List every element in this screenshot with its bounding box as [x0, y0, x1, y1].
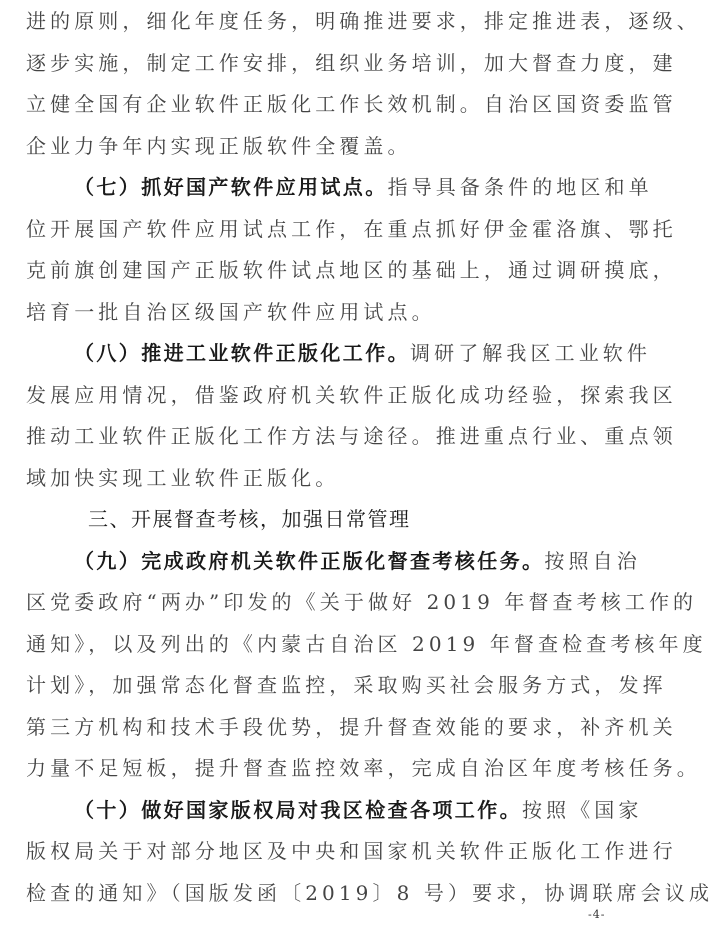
body-line: 计划》，加强常态化督查监控，采取购买社会服务方式，发挥 — [26, 665, 610, 707]
line-text: 按照自治 — [544, 549, 640, 573]
line-text: 企业力争年内实现正版软件全覆盖。 — [26, 134, 412, 158]
line-text: 域加快实现工业软件正版化。 — [26, 466, 339, 490]
section-7-title: （七）抓好国产软件应用试点。 — [74, 175, 388, 199]
line-text: 推动工业软件正版化工作方法与途径。推进重点行业、重点领 — [26, 424, 677, 448]
section-9-lead: （九）完成政府机关软件正版化督查考核任务。按照自治 — [26, 541, 610, 583]
body-line: 企业力争年内实现正版软件全覆盖。 — [26, 126, 610, 168]
body-line: 区党委政府“两办”印发的《关于做好 2019 年督查考核工作的 — [26, 582, 610, 624]
body-line: 推动工业软件正版化工作方法与途径。推进重点行业、重点领 — [26, 416, 610, 458]
section-7-lead: （七）抓好国产软件应用试点。指导具备条件的地区和单 — [26, 167, 610, 209]
line-text: 检查的通知》（国版发函〔2019〕8 号）要求，协调联席会议成 — [26, 881, 709, 905]
line-text: 调研了解我区工业软件 — [410, 341, 651, 365]
line-text: 发展应用情况，借鉴政府机关软件正版化成功经验，探索我区 — [26, 383, 677, 407]
body-line: 克前旗创建国产正版软件试点地区的基础上，通过调研摸底， — [26, 250, 610, 292]
section-8-lead: （八）推进工业软件正版化工作。调研了解我区工业软件 — [26, 333, 610, 375]
body-line: 第三方机构和技术手段优势，提升督查效能的要求，补齐机关 — [26, 707, 610, 749]
body-line: 培育一批自治区级国产软件应用试点。 — [26, 292, 610, 334]
line-text: 克前旗创建国产正版软件试点地区的基础上，通过调研摸底， — [26, 258, 677, 282]
body-line: 位开展国产软件应用试点工作，在重点抓好伊金霍洛旗、鄂托 — [26, 209, 610, 251]
line-text: 逐步实施，制定工作安排，组织业务培训，加大督查力度，建 — [26, 51, 677, 75]
section-10-title: （十）做好国家版权局对我区检查各项工作。 — [74, 798, 522, 822]
document-page: 进的原则，细化年度任务，明确推进要求，排定推进表，逐级、 逐步实施，制定工作安排… — [26, 1, 610, 914]
line-text: 计划》，加强常态化督查监控，采取购买社会服务方式，发挥 — [26, 673, 667, 697]
body-line: 发展应用情况，借鉴政府机关软件正版化成功经验，探索我区 — [26, 375, 610, 417]
section-10-lead: （十）做好国家版权局对我区检查各项工作。按照《国家 — [26, 790, 610, 832]
line-text: 培育一批自治区级国产软件应用试点。 — [26, 300, 436, 324]
body-line: 检查的通知》（国版发函〔2019〕8 号）要求，协调联席会议成 — [26, 873, 610, 915]
line-text: 版权局关于对部分地区及中央和国家机关软件正版化工作进行 — [26, 839, 677, 863]
section-9-title: （九）完成政府机关软件正版化督查考核任务。 — [74, 549, 544, 573]
section-8-title: （八）推进工业软件正版化工作。 — [74, 341, 410, 365]
body-line: 域加快实现工业软件正版化。 — [26, 458, 610, 500]
line-text: 指导具备条件的地区和单 — [388, 175, 653, 199]
body-line: 立健全国有企业软件正版化工作长效机制。自治区国资委监管 — [26, 84, 610, 126]
body-line: 力量不足短板，提升督查监控效率，完成自治区年度考核任务。 — [26, 748, 610, 790]
line-text: 区党委政府“两办”印发的《关于做好 2019 年督查考核工作的 — [26, 590, 697, 614]
chapter-3-heading: 三、开展督查考核，加强日常管理 — [26, 499, 610, 541]
line-text: 力量不足短板，提升督查监控效率，完成自治区年度考核任务。 — [26, 756, 701, 780]
page-number: -4- — [588, 908, 605, 921]
body-line: 进的原则，细化年度任务，明确推进要求，排定推进表，逐级、 — [26, 1, 610, 43]
line-text: 第三方机构和技术手段优势，提升督查效能的要求，补齐机关 — [26, 715, 677, 739]
line-text: 位开展国产软件应用试点工作，在重点抓好伊金霍洛旗、鄂托 — [26, 217, 677, 241]
body-line: 通知》，以及列出的《内蒙古自治区 2019 年督查检查考核年度 — [26, 624, 610, 666]
line-text: 按照《国家 — [522, 798, 643, 822]
line-text: 立健全国有企业软件正版化工作长效机制。自治区国资委监管 — [26, 92, 677, 116]
line-text: 通知》，以及列出的《内蒙古自治区 2019 年督查检查考核年度 — [26, 632, 707, 656]
line-text: 进的原则，细化年度任务，明确推进要求，排定推进表，逐级、 — [26, 9, 701, 33]
body-line: 逐步实施，制定工作安排，组织业务培训，加大督查力度，建 — [26, 43, 610, 85]
body-line: 版权局关于对部分地区及中央和国家机关软件正版化工作进行 — [26, 831, 610, 873]
